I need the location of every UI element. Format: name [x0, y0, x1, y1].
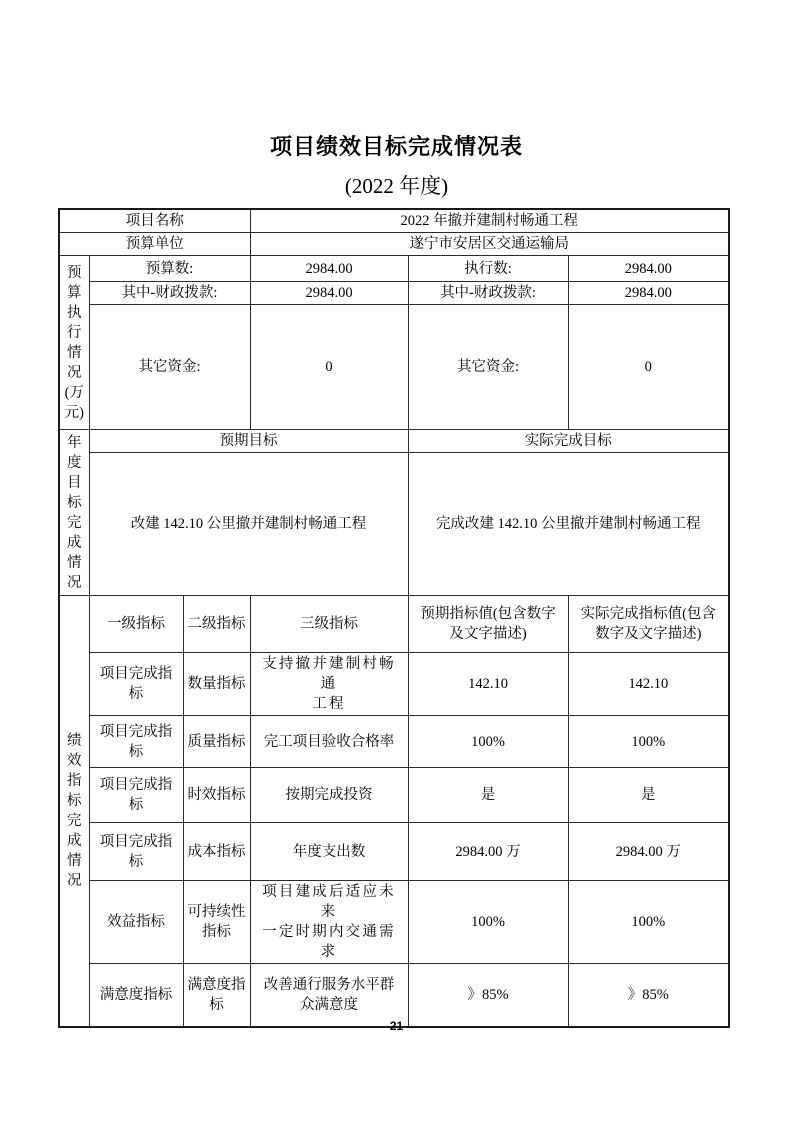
- table-row: 预算单位 遂宁市安居区交通运输局: [59, 233, 729, 256]
- indicator-level1-cell: 效益指标: [89, 881, 183, 964]
- other-funds-label-left: 其它资金:: [89, 305, 250, 430]
- other-funds-value-right: 0: [568, 305, 729, 430]
- indicator-col-header-actual: 实际完成指标值(包含 数字及文字描述): [568, 596, 729, 653]
- indicator-level2-cell: 时效指标: [183, 768, 250, 823]
- performance-indicator-section-label: 绩 效 指 标 完 成 情 况: [59, 596, 89, 1027]
- table-row: 预 算 执 行 情 况 (万 元) 预算数: 2984.00 执行数: 2984…: [59, 256, 729, 282]
- other-funds-label-right: 其它资金:: [408, 305, 568, 430]
- indicator-level3-cell: 按期完成投资: [250, 768, 408, 823]
- table-row: 改建 142.10 公里撤并建制村畅通工程 完成改建 142.10 公里撤并建制…: [59, 453, 729, 596]
- performance-table-wrapper: 项目名称 2022 年撤并建制村畅通工程 预算单位 遂宁市安居区交通运输局 预 …: [58, 208, 730, 1028]
- page-number: 21: [0, 1019, 793, 1033]
- indicator-level3-cell: 项目建成后适应未来 一定时期内交通需求: [250, 881, 408, 964]
- execution-amount-label: 执行数:: [408, 256, 568, 282]
- indicator-level2-cell: 质量指标: [183, 716, 250, 768]
- indicator-level1-cell: 项目完成指 标: [89, 653, 183, 716]
- indicator-row: 效益指标 可持续性 指标 项目建成后适应未来 一定时期内交通需求 100% 10…: [59, 881, 729, 964]
- indicator-expected-cell: 142.10: [408, 653, 568, 716]
- budget-unit-label: 预算单位: [59, 233, 250, 256]
- document-page: 项目绩效目标完成情况表 (2022 年度) 项目名称 2022 年撤并建制村畅通…: [0, 0, 793, 1122]
- indicator-level1-cell: 项目完成指 标: [89, 823, 183, 881]
- fiscal-allocation-label-right: 其中-财政拨款:: [408, 282, 568, 305]
- table-row: 其它资金: 0 其它资金: 0: [59, 305, 729, 430]
- indicator-expected-cell: 是: [408, 768, 568, 823]
- indicator-level2-cell: 成本指标: [183, 823, 250, 881]
- indicator-actual-cell: 是: [568, 768, 729, 823]
- indicator-actual-cell: 100%: [568, 881, 729, 964]
- indicator-col-header-expected: 预期指标值(包含数字 及文字描述): [408, 596, 568, 653]
- indicator-expected-cell: 100%: [408, 716, 568, 768]
- indicator-actual-cell: 》85%: [568, 964, 729, 1027]
- budget-amount-label: 预算数:: [89, 256, 250, 282]
- table-row: 绩 效 指 标 完 成 情 况 一级指标 二级指标 三级指标 预期指标值(包含数…: [59, 596, 729, 653]
- indicator-actual-cell: 2984.00 万: [568, 823, 729, 881]
- page-title: 项目绩效目标完成情况表: [0, 130, 793, 161]
- indicator-actual-cell: 100%: [568, 716, 729, 768]
- indicator-level3-cell: 改善通行服务水平群 众满意度: [250, 964, 408, 1027]
- indicator-level2-cell: 满意度指 标: [183, 964, 250, 1027]
- indicator-col-header-level3: 三级指标: [250, 596, 408, 653]
- execution-amount-value: 2984.00: [568, 256, 729, 282]
- annual-goal-section-label: 年 度 目 标 完 成 情 况: [59, 430, 89, 596]
- indicator-level1-cell: 满意度指标: [89, 964, 183, 1027]
- indicator-expected-cell: 》85%: [408, 964, 568, 1027]
- indicator-row: 项目完成指 标 数量指标 支持撤并建制村畅通 工程 142.10 142.10: [59, 653, 729, 716]
- fiscal-allocation-value-right: 2984.00: [568, 282, 729, 305]
- performance-table: 项目名称 2022 年撤并建制村畅通工程 预算单位 遂宁市安居区交通运输局 预 …: [58, 208, 730, 1028]
- indicator-level3-cell: 年度支出数: [250, 823, 408, 881]
- actual-goal-value: 完成改建 142.10 公里撤并建制村畅通工程: [408, 453, 729, 596]
- fiscal-allocation-label-left: 其中-财政拨款:: [89, 282, 250, 305]
- indicator-level3-cell: 支持撤并建制村畅通 工程: [250, 653, 408, 716]
- budget-execution-section-label: 预 算 执 行 情 况 (万 元): [59, 256, 89, 430]
- expected-goal-value: 改建 142.10 公里撤并建制村畅通工程: [89, 453, 408, 596]
- other-funds-value-left: 0: [250, 305, 408, 430]
- indicator-level2-cell: 数量指标: [183, 653, 250, 716]
- actual-goal-header: 实际完成目标: [408, 430, 729, 453]
- budget-amount-value: 2984.00: [250, 256, 408, 282]
- expected-goal-header: 预期目标: [89, 430, 408, 453]
- indicator-level3-cell: 完工项目验收合格率: [250, 716, 408, 768]
- page-subtitle: (2022 年度): [0, 170, 793, 200]
- indicator-level1-cell: 项目完成指 标: [89, 716, 183, 768]
- table-row: 其中-财政拨款: 2984.00 其中-财政拨款: 2984.00: [59, 282, 729, 305]
- indicator-expected-cell: 2984.00 万: [408, 823, 568, 881]
- indicator-actual-cell: 142.10: [568, 653, 729, 716]
- indicator-level2-cell: 可持续性 指标: [183, 881, 250, 964]
- fiscal-allocation-value-left: 2984.00: [250, 282, 408, 305]
- budget-unit-value: 遂宁市安居区交通运输局: [250, 233, 729, 256]
- indicator-row: 项目完成指 标 成本指标 年度支出数 2984.00 万 2984.00 万: [59, 823, 729, 881]
- indicator-level1-cell: 项目完成指 标: [89, 768, 183, 823]
- indicator-row: 满意度指标 满意度指 标 改善通行服务水平群 众满意度 》85% 》85%: [59, 964, 729, 1027]
- indicator-row: 项目完成指 标 时效指标 按期完成投资 是 是: [59, 768, 729, 823]
- indicator-row: 项目完成指 标 质量指标 完工项目验收合格率 100% 100%: [59, 716, 729, 768]
- indicator-col-header-level1: 一级指标: [89, 596, 183, 653]
- project-name-label: 项目名称: [59, 209, 250, 233]
- project-name-value: 2022 年撤并建制村畅通工程: [250, 209, 729, 233]
- table-row: 年 度 目 标 完 成 情 况 预期目标 实际完成目标: [59, 430, 729, 453]
- indicator-col-header-level2: 二级指标: [183, 596, 250, 653]
- indicator-expected-cell: 100%: [408, 881, 568, 964]
- table-row: 项目名称 2022 年撤并建制村畅通工程: [59, 209, 729, 233]
